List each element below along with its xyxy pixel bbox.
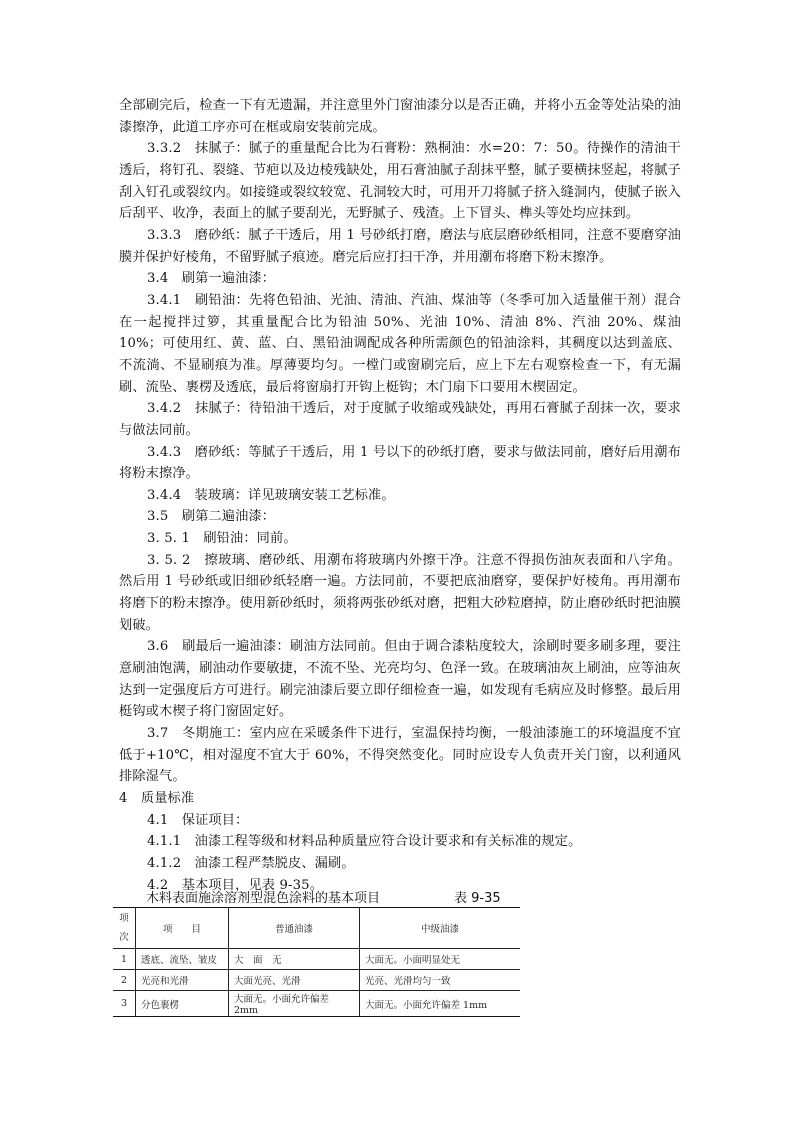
paragraph-3-4-2: 3.4.2 抹腻子：待铅油干透后，对于度腻子收缩或残缺处，再用石膏腻子刮抹一次，… xyxy=(119,398,681,441)
table-title: 木料表面施涂溶剂型混色涂料的基本项目 xyxy=(146,891,380,906)
cell-item: 透底、流坠、皱皮 xyxy=(136,949,229,970)
cell-medium: 大面无。小面明显处无 xyxy=(360,949,521,970)
paragraph-4-1-1: 4.1.1 油漆工程等级和材料品种质量应符合设计要求和有关标准的规定。 xyxy=(119,831,681,853)
heading-3-5: 3.5 刷第二遍油漆： xyxy=(119,506,681,528)
paragraph-4-1-2: 4.1.2 油漆工程严禁脱皮、漏刷。 xyxy=(119,853,681,875)
cell-item: 光亮和光滑 xyxy=(136,970,229,991)
paragraph-3-4-4: 3.4.4 装玻璃：详见玻璃安装工艺标准。 xyxy=(119,485,681,507)
cell-medium: 光亮、光滑均匀一致 xyxy=(360,970,521,991)
table-row: 1 透底、流坠、皱皮 大 面 无 大面无。小面明显处无 xyxy=(113,949,520,970)
table-row: 3 分色裹楞 大面无。小面允许偏差 2mm 大面无。小面允许偏差 1mm xyxy=(113,991,520,1017)
table-row: 2 光亮和光滑 大面光亮、光滑 光亮、光滑均匀一致 xyxy=(113,970,520,991)
cell-item: 分色裹楞 xyxy=(136,991,229,1017)
table-header-row: 项次 项 目 普通油漆 中级油漆 xyxy=(113,908,520,949)
cell-no: 2 xyxy=(113,970,136,991)
paragraph-3-3-2: 3.3.2 抹腻子：腻子的重量配合比为石膏粉：熟桐油：水=20：7：50。待操作… xyxy=(119,138,681,225)
header-item-no: 项次 xyxy=(113,908,136,949)
header-medium-paint: 中级油漆 xyxy=(360,908,521,949)
heading-4-1: 4.1 保证项目： xyxy=(119,810,681,832)
paragraph-continuation: 全部刷完后，检查一下有无遗漏，并注意里外门窗油漆分以是否正确，并将小五金等处沾染… xyxy=(119,95,681,138)
header-item: 项 目 xyxy=(136,908,229,949)
document-body: 全部刷完后，检查一下有无遗漏，并注意里外门窗油漆分以是否正确，并将小五金等处沾染… xyxy=(119,95,681,896)
cell-ordinary: 大 面 无 xyxy=(229,949,360,970)
cell-no: 3 xyxy=(113,991,136,1017)
paragraph-3-3-3: 3.3.3 磨砂纸：腻子干透后，用 1 号砂纸打磨，磨法与底层磨砂纸相同，注意不… xyxy=(119,225,681,268)
paragraph-3-5-1: 3. 5. 1 刷铅油：同前。 xyxy=(119,528,681,550)
cell-no: 1 xyxy=(113,949,136,970)
heading-3-4: 3.4 刷第一遍油漆： xyxy=(119,268,681,290)
quality-table: 项次 项 目 普通油漆 中级油漆 1 透底、流坠、皱皮 大 面 无 大面无。小面… xyxy=(113,907,520,1017)
paragraph-3-6: 3.6 刷最后一遍油漆：刷油方法同前。但由于调合漆粘度较大，涂刷时要多刷多理，要… xyxy=(119,636,681,723)
header-ordinary-paint: 普通油漆 xyxy=(229,908,360,949)
cell-medium: 大面无。小面允许偏差 1mm xyxy=(360,991,521,1017)
paragraph-3-4-3: 3.4.3 磨砂纸：等腻子干透后，用 1 号以下的砂纸打磨，要求与做法同前，磨好… xyxy=(119,442,681,485)
table-number: 表 9-35 xyxy=(454,887,501,906)
cell-ordinary: 大面光亮、光滑 xyxy=(229,970,360,991)
heading-4: 4 质量标准 xyxy=(119,788,681,810)
paragraph-3-7: 3.7 冬期施工：室内应在采暖条件下进行，室温保持均衡，一般油漆施工的环境温度不… xyxy=(119,723,681,788)
cell-ordinary: 大面无。小面允许偏差 2mm xyxy=(229,991,360,1017)
table-caption: 木料表面施涂溶剂型混色涂料的基本项目 表 9-35 xyxy=(146,887,526,906)
paragraph-3-5-2: 3. 5. 2 擦玻璃、磨砂纸、用潮布将玻璃内外擦干净。注意不得损伤油灰表面和八… xyxy=(119,550,681,637)
paragraph-3-4-1: 3.4.1 刷铅油：先将色铅油、光油、清油、汽油、煤油等（冬季可加入适量催干剂）… xyxy=(119,290,681,398)
